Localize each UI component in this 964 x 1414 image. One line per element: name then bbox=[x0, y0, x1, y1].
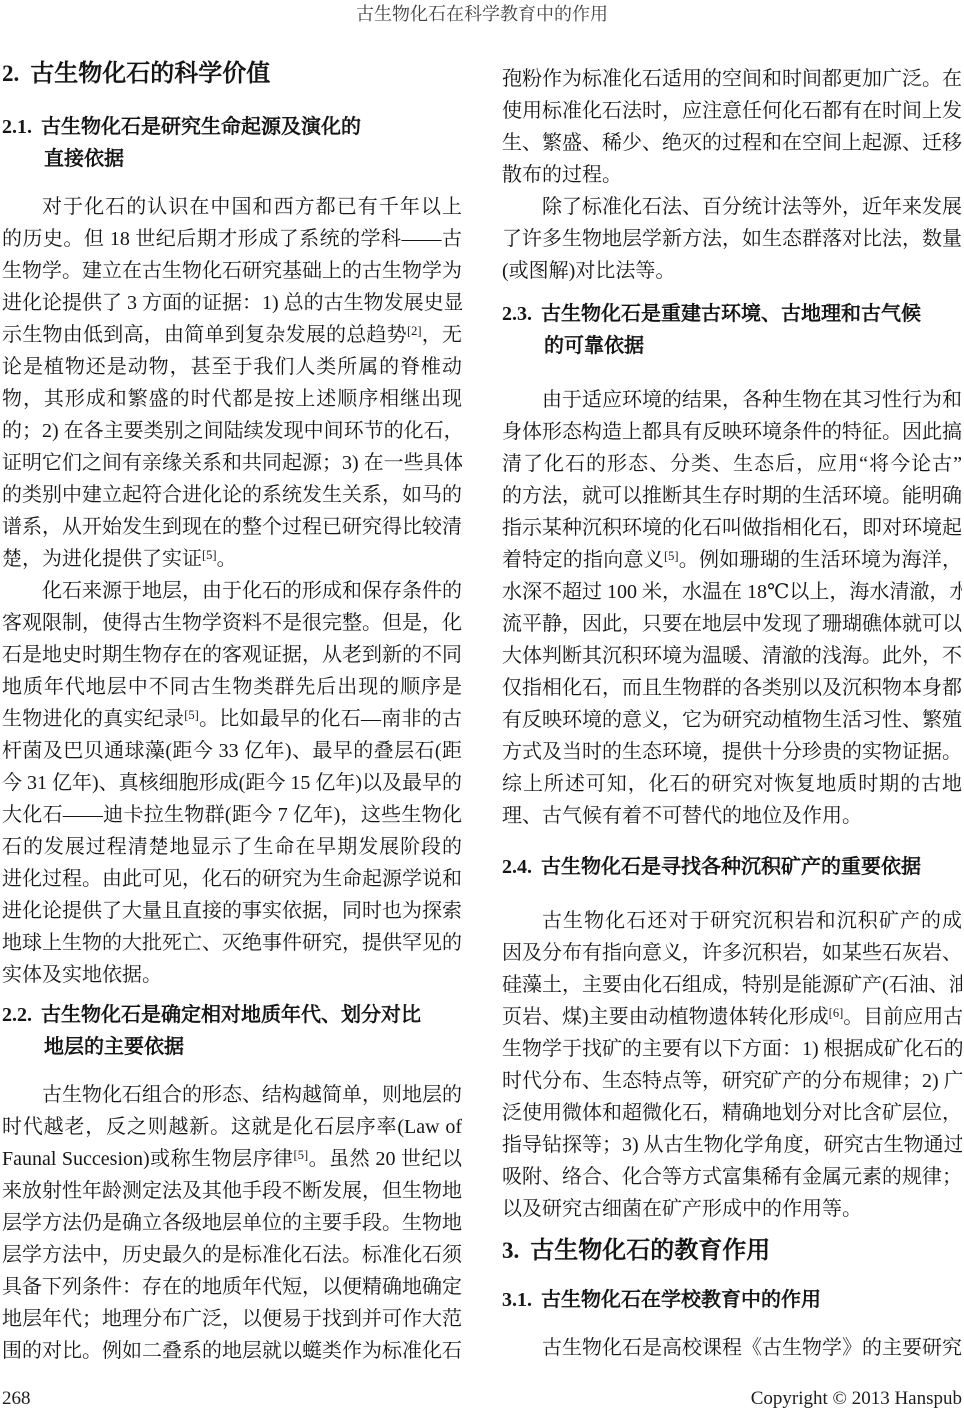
page-number: 268 bbox=[2, 1386, 31, 1412]
text-line: 地质年代地层中不同古生物类群先后出现的顺序是 bbox=[2, 671, 462, 703]
text-line: 谱系，从开始发生到现在的整个过程已研究得比较清 bbox=[2, 511, 462, 543]
page-footer: 268 Copyright © 2013 Hanspub bbox=[2, 1386, 962, 1412]
copyright-notice: Copyright © 2013 Hanspub bbox=[751, 1386, 962, 1412]
subsection-title-line: 直接依据 bbox=[2, 143, 462, 175]
text-line: 散布的过程。 bbox=[502, 159, 962, 191]
text-line: 大体判断其沉积环境为温暖、清澈的浅海。此外，不 bbox=[502, 640, 962, 672]
text-line: 有反映环境的意义，它为研究动植物生活习性、繁殖 bbox=[502, 704, 962, 736]
text-line: 物，其形成和繁盛的时代都是按上述顺序相继出现 bbox=[2, 383, 462, 415]
section-heading: 2.古生物化石的科学价值 bbox=[2, 58, 462, 90]
text-line: 清了化石的形态、分类、生态后，应用“将今论古” bbox=[502, 448, 962, 480]
text-line: 因及分布有指向意义，许多沉积岩，如某些石灰岩、 bbox=[502, 937, 962, 969]
text-line: 生物学。建立在古生物化石研究基础上的古生物学为 bbox=[2, 255, 462, 287]
section-number: 3. bbox=[502, 1238, 519, 1263]
text-line: 石的发展过程清楚地显示了生命在早期发展阶段的 bbox=[2, 831, 462, 863]
text-line: 着特定的指向意义[5]。例如珊瑚的生活环境为海洋， bbox=[502, 544, 962, 576]
text-line: 楚，为进化提供了实证[5]。 bbox=[2, 543, 462, 575]
text-line: 以及研究古细菌在矿产形成中的作用等。 bbox=[502, 1193, 962, 1225]
text-line: 证明它们之间有亲缘关系和共同起源；3) 在一些具体 bbox=[2, 447, 462, 479]
text-line: 指示某种沉积环境的化石叫做指相化石，即对环境起 bbox=[502, 512, 962, 544]
paragraph: 由于适应环境的结果，各种生物在其习性行为和身体形态构造上都具有反映环境条件的特征… bbox=[502, 384, 962, 832]
section-title: 古生物化石的科学价值 bbox=[30, 60, 270, 87]
text-line: 层学方法仍是确立各级地层单位的主要手段。生物地 bbox=[2, 1207, 462, 1239]
paragraph: 古生物化石是高校课程《古生物学》的主要研究 bbox=[502, 1332, 962, 1364]
paragraph: 化石来源于地层，由于化石的形成和保存条件的客观限制，使得古生物学资料不是很完整。… bbox=[2, 575, 462, 991]
subsection-title-line: 3.1.古生物化石在学校教育中的作用 bbox=[502, 1284, 962, 1316]
text-line: 指导钻探等；3) 从古生物化学角度，研究古生物通过 bbox=[502, 1129, 962, 1161]
reference-marker: [5] bbox=[184, 708, 199, 722]
paragraph: 古生物化石组合的形态、结构越简单，则地层的时代越老，反之则越新。这就是化石层序率… bbox=[2, 1079, 462, 1367]
text-line: 进化过程。由此可见，化石的研究为生命起源学说和 bbox=[2, 863, 462, 895]
text-line: 页岩、煤)主要由动植物遗体转化形成[6]。目前应用古 bbox=[502, 1001, 962, 1033]
text-line: 地球上生物的大批死亡、灭绝事件研究，提供罕见的 bbox=[2, 927, 462, 959]
paragraph: 对于化石的认识在中国和西方都已有千年以上的历史。但 18 世纪后期才形成了系统的… bbox=[2, 191, 462, 575]
text-line: 孢粉作为标准化石适用的空间和时间都更加广泛。在 bbox=[502, 63, 962, 95]
text-line: 石是地史时期生物存在的客观证据，从老到新的不同 bbox=[2, 639, 462, 671]
subsection-title-line: 的可靠依据 bbox=[502, 330, 962, 362]
section-title: 古生物化石的教育作用 bbox=[530, 1237, 770, 1264]
paragraph: 除了标准化石法、百分统计法等外，近年来发展了许多生物地层学新方法，如生态群落对比… bbox=[502, 191, 962, 287]
text-line: 流平静，因此，只要在地层中发现了珊瑚礁体就可以 bbox=[502, 608, 962, 640]
text-line: 方式及当时的生态环境，提供十分珍贵的实物证据。 bbox=[502, 736, 962, 768]
text-line: 理、古气候有着不可替代的地位及作用。 bbox=[502, 800, 962, 832]
text-line: 古生物化石组合的形态、结构越简单，则地层的 bbox=[2, 1079, 462, 1111]
text-line: 地层年代；地理分布广泛，以便易于找到并可作大范 bbox=[2, 1303, 462, 1335]
reference-marker: [5] bbox=[664, 549, 679, 563]
subsection-number: 2.3. bbox=[502, 303, 532, 325]
subsection-number: 3.1. bbox=[502, 1289, 532, 1311]
section-number: 2. bbox=[2, 61, 19, 86]
text-line: 硅藻土，主要由化石组成，特别是能源矿产(石油、油 bbox=[502, 969, 962, 1001]
text-line: 除了标准化石法、百分统计法等外，近年来发展 bbox=[502, 191, 962, 223]
section-heading: 3.古生物化石的教育作用 bbox=[502, 1235, 962, 1267]
text-line: 论是植物还是动物，甚至于我们人类所属的脊椎动 bbox=[2, 351, 462, 383]
subsection-number: 2.1. bbox=[2, 116, 32, 138]
text-line: 进化论提供了 3 方面的证据：1) 总的古生物发展史显 bbox=[2, 287, 462, 319]
reference-marker: [5] bbox=[202, 548, 217, 562]
reference-marker: [5] bbox=[294, 1148, 309, 1162]
subsection-title-line: 2.4.古生物化石是寻找各种沉积矿产的重要依据 bbox=[502, 851, 962, 883]
text-line: 化石来源于地层，由于化石的形成和保存条件的 bbox=[2, 575, 462, 607]
text-line: 生、繁盛、稀少、绝灭的过程和在空间上起源、迁移、 bbox=[502, 127, 962, 159]
text-line: 古生物化石是高校课程《古生物学》的主要研究 bbox=[502, 1332, 962, 1364]
text-line: 生物进化的真实纪录[5]。比如最早的化石—南非的古 bbox=[2, 703, 462, 735]
text-line: 示生物由低到高，由简单到复杂发展的总趋势[2]，无 bbox=[2, 319, 462, 351]
text-line: 对于化石的认识在中国和西方都已有千年以上 bbox=[2, 191, 462, 223]
text-line: 来放射性年龄测定法及其他手段不断发展，但生物地 bbox=[2, 1175, 462, 1207]
text-line: Faunal Succesion)或称生物层序律[5]。虽然 20 世纪以 bbox=[2, 1143, 462, 1175]
paragraph: 古生物化石还对于研究沉积岩和沉积矿产的成因及分布有指向意义，许多沉积岩，如某些石… bbox=[502, 905, 962, 1225]
text-line: (或图解)对比法等。 bbox=[502, 255, 962, 287]
subsection-title-line: 2.2.古生物化石是确定相对地质年代、划分对比 bbox=[2, 999, 462, 1031]
subsection-title-line: 地层的主要依据 bbox=[2, 1031, 462, 1063]
subsection-heading: 2.3.古生物化石是重建古环境、古地理和古气候的可靠依据 bbox=[502, 298, 962, 362]
text-line: 泛使用微体和超微化石，精确地划分对比含矿层位， bbox=[502, 1097, 962, 1129]
subsection-number: 2.2. bbox=[2, 1004, 32, 1026]
subsection-heading: 2.1.古生物化石是研究生命起源及演化的直接依据 bbox=[2, 111, 462, 175]
text-line: 的方法，就可以推断其生存时期的生活环境。能明确 bbox=[502, 480, 962, 512]
text-line: 层学方法中，历史最久的是标准化石法。标准化石须 bbox=[2, 1239, 462, 1271]
subsection-title-line: 2.3.古生物化石是重建古环境、古地理和古气候 bbox=[502, 298, 962, 330]
document-page: 古生物化石在科学教育中的作用 2.古生物化石的科学价值2.1.古生物化石是研究生… bbox=[0, 0, 964, 1414]
text-line: 综上所述可知，化石的研究对恢复地质时期的古地 bbox=[502, 768, 962, 800]
text-line: 仅指相化石，而且生物群的各类别以及沉积物本身都 bbox=[502, 672, 962, 704]
text-line: 水深不超过 100 米，水温在 18℃以上，海水清澈，水 bbox=[502, 576, 962, 608]
subsection-number: 2.4. bbox=[502, 856, 532, 878]
reference-marker: [6] bbox=[829, 1006, 844, 1020]
text-line: 了许多生物地层学新方法，如生态群落对比法，数量 bbox=[502, 223, 962, 255]
text-line: 时代分布、生态特点等，研究矿产的分布规律；2) 广 bbox=[502, 1065, 962, 1097]
text-line: 实体及实地依据。 bbox=[2, 959, 462, 991]
text-line: 吸附、络合、化合等方式富集稀有金属元素的规律； bbox=[502, 1161, 962, 1193]
text-line: 的历史。但 18 世纪后期才形成了系统的学科——古 bbox=[2, 223, 462, 255]
text-line: 围的对比。例如二叠系的地层就以䗴类作为标准化石； bbox=[2, 1335, 462, 1367]
text-line: 具备下列条件：存在的地质年代短，以便精确地确定 bbox=[2, 1271, 462, 1303]
text-line: 由于适应环境的结果，各种生物在其习性行为和 bbox=[502, 384, 962, 416]
text-line: 客观限制，使得古生物学资料不是很完整。但是，化 bbox=[2, 607, 462, 639]
text-line: 大化石——迪卡拉生物群(距今 7 亿年)，这些生物化 bbox=[2, 799, 462, 831]
subsection-heading: 2.2.古生物化石是确定相对地质年代、划分对比地层的主要依据 bbox=[2, 999, 462, 1063]
text-line: 古生物化石还对于研究沉积岩和沉积矿产的成 bbox=[502, 905, 962, 937]
subsection-heading: 2.4.古生物化石是寻找各种沉积矿产的重要依据 bbox=[502, 851, 962, 883]
reference-marker: [2] bbox=[407, 324, 422, 338]
text-line: 的；2) 在各主要类别之间陆续发现中间环节的化石， bbox=[2, 415, 462, 447]
text-line: 的类别中建立起符合进化论的系统发生关系，如马的 bbox=[2, 479, 462, 511]
left-column: 2.古生物化石的科学价值2.1.古生物化石是研究生命起源及演化的直接依据对于化石… bbox=[2, 0, 462, 1367]
text-line: 使用标准化石法时，应注意任何化石都有在时间上发 bbox=[502, 95, 962, 127]
text-line: 时代越老，反之则越新。这就是化石层序率(Law of bbox=[2, 1111, 462, 1143]
text-line: 今 31 亿年)、真核细胞形成(距今 15 亿年)以及最早的 bbox=[2, 767, 462, 799]
text-line: 生物学于找矿的主要有以下方面：1) 根据成矿化石的 bbox=[502, 1033, 962, 1065]
text-line: 进化论提供了大量且直接的事实依据，同时也为探索 bbox=[2, 895, 462, 927]
right-column: 孢粉作为标准化石适用的空间和时间都更加广泛。在使用标准化石法时，应注意任何化石都… bbox=[502, 0, 962, 1364]
subsection-heading: 3.1.古生物化石在学校教育中的作用 bbox=[502, 1284, 962, 1316]
text-line: 身体形态构造上都具有反映环境条件的特征。因此搞 bbox=[502, 416, 962, 448]
paragraph: 孢粉作为标准化石适用的空间和时间都更加广泛。在使用标准化石法时，应注意任何化石都… bbox=[502, 63, 962, 191]
text-line: 杆菌及巴贝通球藻(距今 33 亿年)、最早的叠层石(距 bbox=[2, 735, 462, 767]
subsection-title-line: 2.1.古生物化石是研究生命起源及演化的 bbox=[2, 111, 462, 143]
